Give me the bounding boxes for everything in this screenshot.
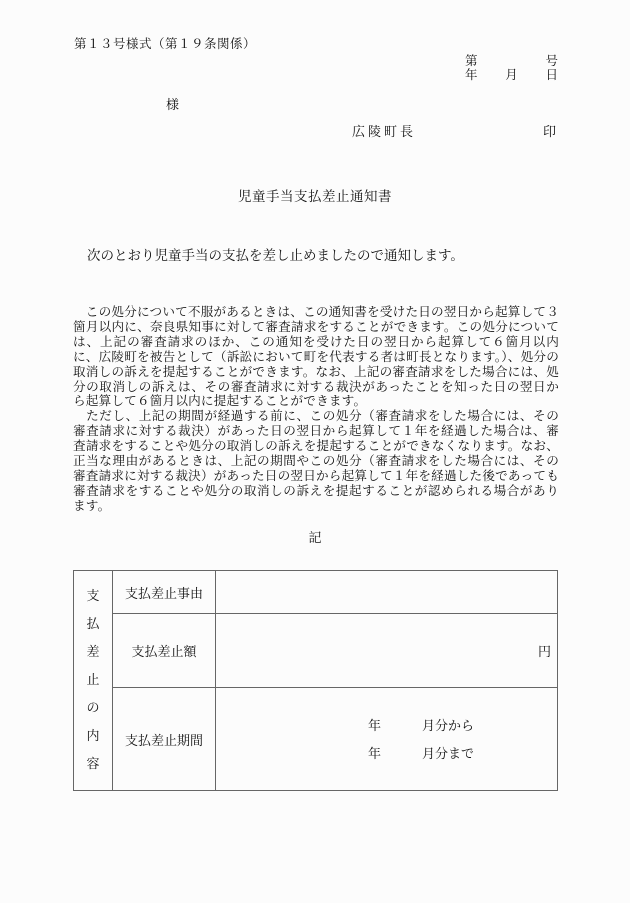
label-reason: 支払差止事由 (113, 571, 216, 614)
addressee-suffix: 様 (166, 94, 179, 113)
ki-label: 記 (0, 527, 630, 546)
seal-mark: 印 (543, 121, 556, 140)
table-row-period: 支払差止期間 年月分から 年月分まで (74, 688, 558, 791)
amount-unit: 円 (538, 645, 551, 660)
notice-paragraph-2: ただし、上記の期間が経過する前に、この処分（審査請求をした場合には、その審査請求… (73, 409, 559, 513)
issuer-name: 広陵町長 (352, 121, 416, 140)
suspension-details-table: 支 払 差 止 の 内 容 支払差止事由 支払差止額 円 支払差止期間 年月分か… (73, 570, 558, 791)
date-month: 月 (505, 65, 518, 83)
table-row-reason: 支 払 差 止 の 内 容 支払差止事由 (74, 571, 558, 614)
form-number: 第１３号様式（第１９条関係） (74, 34, 256, 52)
value-period[interactable]: 年月分から 年月分まで (216, 688, 558, 791)
label-amount: 支払差止額 (113, 614, 216, 688)
label-period: 支払差止期間 (113, 688, 216, 791)
date-day: 日 (545, 65, 558, 83)
period-to: 年月分まで (368, 743, 474, 762)
date-year: 年 (465, 65, 478, 83)
group-label-vertical: 支 払 差 止 の 内 容 (74, 571, 113, 791)
value-reason[interactable] (216, 571, 558, 614)
document-title: 児童手当支払差止通知書 (0, 185, 630, 205)
table-row-amount: 支払差止額 円 (74, 614, 558, 688)
appeal-notice: この処分について不服があるときは、この通知書を受けた日の翌日から起算して３箇月以… (73, 305, 559, 514)
intro-text: 次のとおり児童手当の支払を差し止めましたので通知します。 (87, 244, 464, 264)
notice-paragraph-1: この処分について不服があるときは、この通知書を受けた日の翌日から起算して３箇月以… (73, 305, 559, 409)
period-from: 年月分から (368, 715, 474, 734)
date-line: 年 月 日 (465, 65, 558, 83)
value-amount[interactable]: 円 (216, 614, 558, 688)
